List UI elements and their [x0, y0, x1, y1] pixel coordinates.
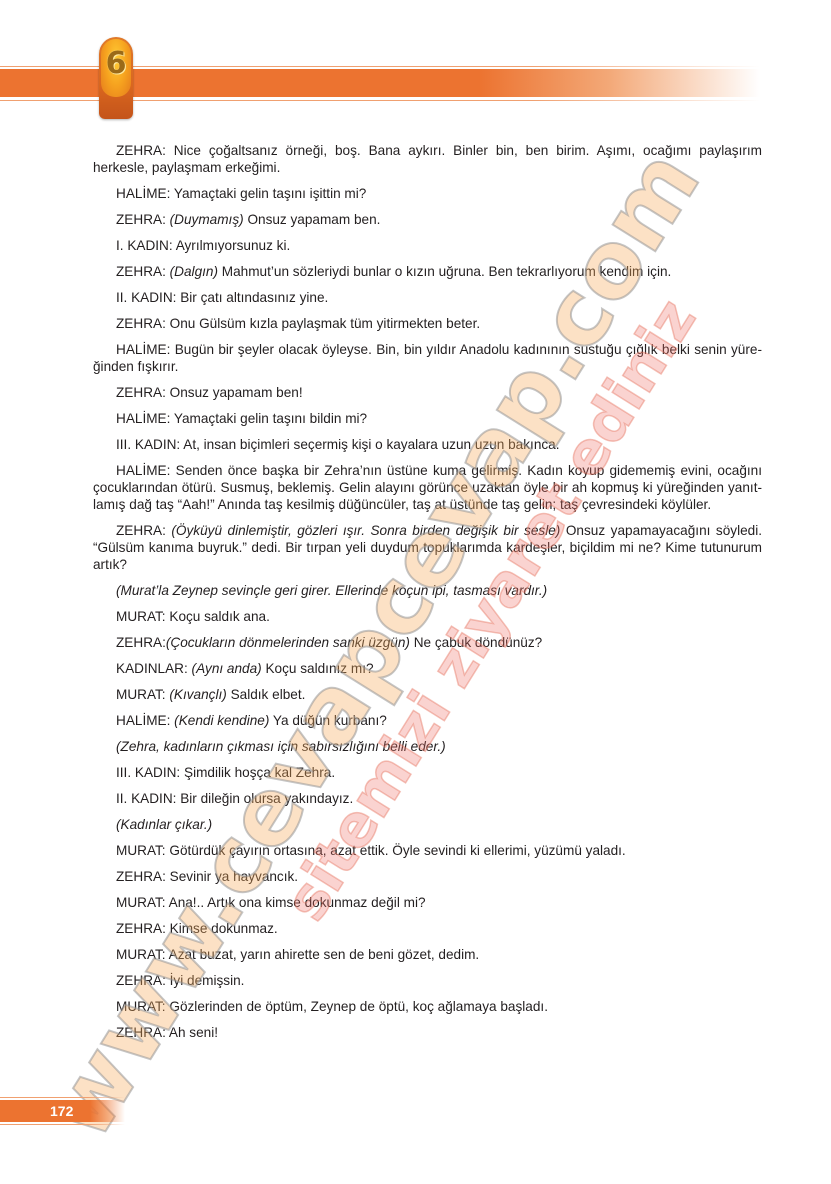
speaker-name: ZEHRA: — [116, 921, 166, 936]
line-text: Onsuz yapamam ben. — [247, 212, 380, 227]
dialogue-line: ZEHRA: İyi demişsin. — [93, 972, 762, 989]
line-text: Mahmut’un sözleriydi bunlar o kızın uğru… — [222, 264, 672, 279]
stage-direction-text: (Duymamış) — [170, 212, 244, 227]
line-text: Bugün bir şeyler olacak öyleyse. Bin, bi… — [93, 342, 762, 374]
dialogue-line: MURAT: Gözlerinden de öptüm, Zeynep de ö… — [93, 998, 762, 1015]
speaker-name: ZEHRA: — [116, 1025, 166, 1040]
speaker-name: II. KADIN: — [116, 791, 176, 806]
speaker-name: MURAT: — [116, 999, 166, 1014]
speaker-name: ZEHRA: — [116, 385, 166, 400]
speaker-name: ZEHRA: — [116, 635, 166, 650]
speaker-name: ZEHRA: — [116, 973, 166, 988]
line-text: İyi demişsin. — [170, 973, 245, 988]
dialogue-line: III. KADIN: Şimdilik hoşça kal Zehra. — [93, 764, 762, 781]
dialogue-line: ZEHRA: Ah seni! — [93, 1024, 762, 1041]
chapter-number: 6 — [101, 47, 131, 81]
stage-direction-text: (Kıvançlı) — [169, 687, 226, 702]
dialogue-line: MURAT: (Kıvançlı) Saldık elbet. — [93, 686, 762, 703]
dialogue-line: KADINLAR: (Aynı anda) Koçu saldınız mı? — [93, 660, 762, 677]
dialogue-line: ZEHRA: Onsuz yapamam ben! — [93, 384, 762, 401]
dialogue-line: HALİME: (Kendi kendine) Ya düğün kurbanı… — [93, 712, 762, 729]
line-text: Koçu saldınız mı? — [265, 661, 373, 676]
dialogue-line: ZEHRA: (Dalgın) Mahmut’un sözleriydi bun… — [93, 263, 762, 280]
dialogue-line: II. KADIN: Bir dileğin olursa yakındayız… — [93, 790, 762, 807]
speaker-name: III. KADIN: — [116, 765, 180, 780]
line-text: Azat buzat, yarın ahirette sen de beni g… — [169, 947, 480, 962]
line-text: Bir çatı altındasınız yine. — [180, 290, 328, 305]
dialogue-line: ZEHRA: (Duymamış) Onsuz yapamam ben. — [93, 211, 762, 228]
dialogue-line: HALİME: Yamaçtaki gelin taşını bildin mi… — [93, 410, 762, 427]
stage-direction: (Kadınlar çıkar.) — [93, 816, 762, 833]
dialogue-line: HALİME: Bugün bir şeyler olacak öyleyse.… — [93, 341, 762, 375]
line-text: Ne çabuk döndünüz? — [414, 635, 542, 650]
dialogue-line: HALİME: Yamaçtaki gelin taşını işittin m… — [93, 185, 762, 202]
speaker-name: KADINLAR: — [116, 661, 188, 676]
speaker-name: ZEHRA: — [116, 264, 166, 279]
speaker-name: MURAT: — [116, 687, 166, 702]
line-text: Koçu saldık ana. — [169, 609, 270, 624]
stage-direction: (Murat’la Zeynep sevinçle geri girer. El… — [93, 582, 762, 599]
dialogue-line: MURAT: Ana!.. Artık ona kimse dokunmaz d… — [93, 894, 762, 911]
stage-direction-text: (Zehra, kadınların çıkması için sabırsız… — [116, 739, 446, 754]
stage-direction-text: (Kendi kendine) — [174, 713, 269, 728]
line-text: Onu Gülsüm kızla paylaşmak tüm yitirmekt… — [170, 316, 481, 331]
line-text: Nice çoğaltsanız örneği, boş. Bana aykır… — [93, 143, 762, 175]
speaker-name: MURAT: — [116, 843, 166, 858]
speaker-name: HALİME: — [116, 342, 170, 357]
stage-direction-text: (Kadınlar çıkar.) — [116, 817, 212, 832]
dialogue-line: III. KADIN: At, insan biçimleri seçermiş… — [93, 436, 762, 453]
dialogue-line: ZEHRA: Onu Gülsüm kızla paylaşmak tüm yi… — [93, 315, 762, 332]
dialogue-line: MURAT: Azat buzat, yarın ahirette sen de… — [93, 946, 762, 963]
stage-direction-text: (Çocukların dönmelerinden sanki üzgün) — [166, 635, 410, 650]
line-text: Senden önce başka bir Zehra’nın üstüne k… — [93, 463, 762, 512]
speaker-name: I. KADIN: — [116, 238, 173, 253]
speaker-name: ZEHRA: — [116, 212, 166, 227]
line-text: Bir dileğin olursa yakındayız. — [180, 791, 353, 806]
line-text: Sevinir ya hayvancık. — [170, 869, 298, 884]
footer-rule-bottom — [0, 1124, 125, 1125]
speaker-name: ZEHRA: — [116, 523, 166, 538]
stage-direction-text: (Aynı anda) — [192, 661, 262, 676]
dialogue-line: I. KADIN: Ayrılmıyorsunuz ki. — [93, 237, 762, 254]
line-text: Ayrılmıyorsunuz ki. — [176, 238, 291, 253]
dialogue-line: ZEHRA: (Öyküyü dinlemiştir, gözleri ışır… — [93, 522, 762, 573]
line-text: Kimse dokunmaz. — [170, 921, 278, 936]
dialogue-line: ZEHRA: Nice çoğaltsanız örneği, boş. Ban… — [93, 142, 762, 176]
line-text: Gözlerinden de öptüm, Zeynep de öptü, ko… — [169, 999, 548, 1014]
dialogue-line: ZEHRA: Kimse dokunmaz. — [93, 920, 762, 937]
speaker-name: MURAT: — [116, 609, 166, 624]
line-text: Yamaçtaki gelin taşını bildin mi? — [174, 411, 367, 426]
speaker-name: HALİME: — [116, 713, 170, 728]
line-text: Ana!.. Artık ona kimse dokunmaz değil mi… — [169, 895, 426, 910]
stage-direction: (Zehra, kadınların çıkması için sabırsız… — [93, 738, 762, 755]
line-text: Ah seni! — [169, 1025, 218, 1040]
speaker-name: HALİME: — [116, 411, 170, 426]
dialogue-line: MURAT: Koçu saldık ana. — [93, 608, 762, 625]
speaker-name: II. KADIN: — [116, 290, 176, 305]
speaker-name: MURAT: — [116, 895, 166, 910]
speaker-name: ZEHRA: — [116, 316, 166, 331]
dialogue-line: ZEHRA: Sevinir ya hayvancık. — [93, 868, 762, 885]
speaker-name: ZEHRA: — [116, 869, 166, 884]
page-number: 172 — [50, 1101, 73, 1121]
stage-direction-text: (Dalgın) — [170, 264, 218, 279]
speaker-name: MURAT: — [116, 947, 166, 962]
speaker-name: HALİME: — [116, 463, 170, 478]
dialogue-line: MURAT: Götürdük çayırın ortasına, azat e… — [93, 842, 762, 859]
line-text: Götürdük çayırın ortasına, azat ettik. Ö… — [169, 843, 625, 858]
dialogue-line: HALİME: Senden önce başka bir Zehra’nın … — [93, 462, 762, 513]
dialogue-line: ZEHRA:(Çocukların dönmelerinden sanki üz… — [93, 634, 762, 651]
stage-direction-text: (Öyküyü dinlemiştir, gözleri ışır. Sonra… — [171, 523, 560, 538]
line-text: Ya düğün kurbanı? — [273, 713, 387, 728]
footer-rule-top — [0, 1097, 125, 1098]
stage-direction-text: (Murat’la Zeynep sevinçle geri girer. El… — [116, 583, 547, 598]
line-text: Yamaçtaki gelin taşını işittin mi? — [174, 186, 366, 201]
line-text: Saldık elbet. — [231, 687, 306, 702]
line-text: Onsuz yapamam ben! — [170, 385, 303, 400]
play-text: ZEHRA: Nice çoğaltsanız örneği, boş. Ban… — [93, 142, 762, 1050]
line-text: Şimdilik hoşça kal Zehra. — [184, 765, 335, 780]
dialogue-line: II. KADIN: Bir çatı altındasınız yine. — [93, 289, 762, 306]
speaker-name: HALİME: — [116, 186, 170, 201]
speaker-name: ZEHRA: — [116, 143, 166, 158]
speaker-name: III. KADIN: — [116, 437, 180, 452]
line-text: At, insan biçimleri seçermiş kişi o kaya… — [183, 437, 559, 452]
